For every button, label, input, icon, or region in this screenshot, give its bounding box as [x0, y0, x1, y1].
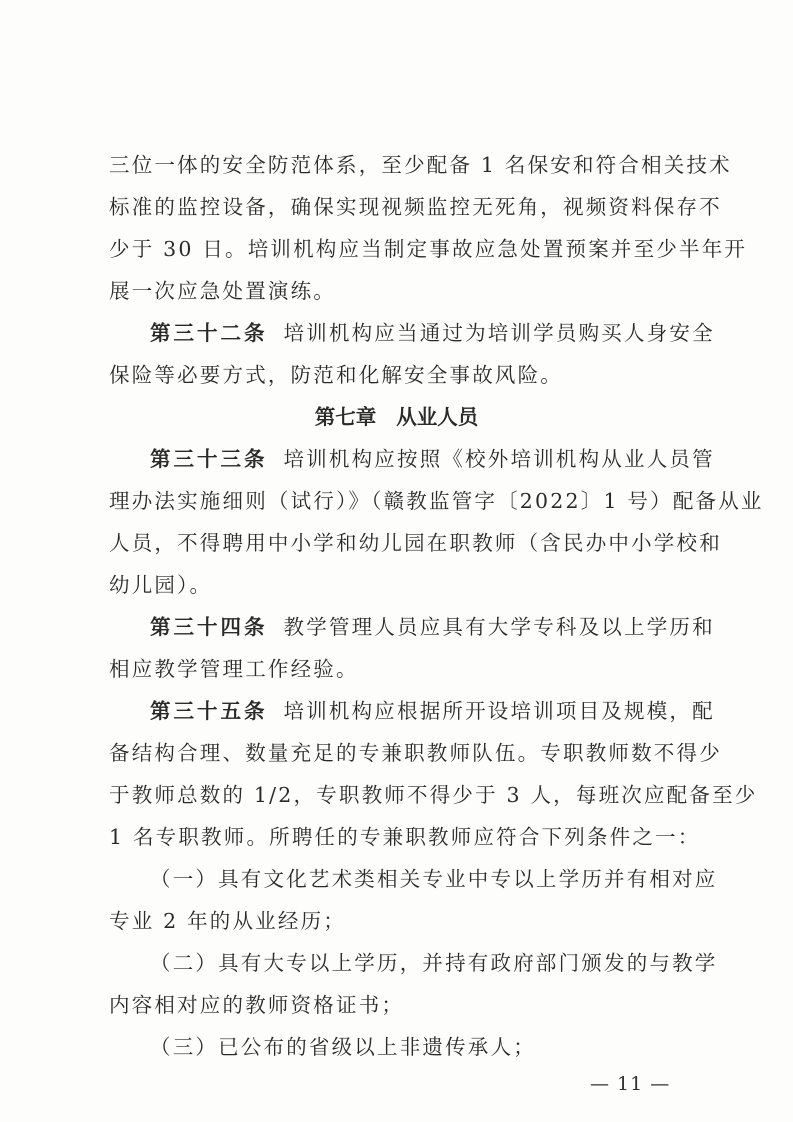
paragraph-line: 于教师总数的 1/2，专职教师不得少于 3 人，每班次应配备至少: [109, 783, 697, 807]
list-item: （二）具有大专以上学历，并持有政府部门颁发的与教学: [150, 951, 738, 975]
page-number: — 11 —: [590, 1072, 670, 1096]
article-label: 第三十三条: [150, 447, 268, 471]
paragraph-line: 人员，不得聘用中小学和幼儿园在职教师（含民办中小学校和: [109, 531, 697, 555]
article-label: 第三十四条: [150, 615, 268, 639]
paragraph-line: 理办法实施细则（试行）》（赣教监管字〔2022〕1 号）配备从业: [109, 489, 697, 513]
paragraph-line: 标准的监控设备，确保实现视频监控无死角，视频资料保存不: [109, 195, 697, 219]
paragraph-line: 三位一体的安全防范体系，至少配备 1 名保安和符合相关技术: [109, 153, 697, 177]
list-item: （一）具有文化艺术类相关专业中专以上学历并有相对应: [150, 867, 738, 891]
list-item-continuation: 内容相对应的教师资格证书；: [109, 993, 697, 1017]
paragraph-line: 少于 30 日。培训机构应当制定事故应急处置预案并至少半年开: [109, 237, 697, 261]
paragraph-line: 幼儿园）。: [109, 573, 697, 597]
article-text: 培训机构应根据所开设培训项目及规模，配: [284, 699, 715, 723]
chapter-heading: 第七章从业人员: [0, 405, 793, 429]
article-label: 第三十五条: [150, 699, 268, 723]
list-item: （三）已公布的省级以上非遗传承人；: [150, 1035, 738, 1059]
chapter-number: 第七章: [315, 405, 377, 429]
list-item-continuation: 专业 2 年的从业经历；: [109, 909, 697, 933]
paragraph-line: 相应教学管理工作经验。: [109, 657, 697, 681]
chapter-title: 从业人员: [396, 405, 478, 429]
article-text: 教学管理人员应具有大学专科及以上学历和: [284, 615, 715, 639]
paragraph-line: 展一次应急处置演练。: [109, 279, 697, 303]
article-text: 培训机构应按照《校外培训机构从业人员管: [284, 447, 715, 471]
article-35: 第三十五条培训机构应根据所开设培训项目及规模，配: [150, 699, 738, 723]
paragraph-line: 保险等必要方式，防范和化解安全事故风险。: [109, 363, 697, 387]
paragraph-line: 备结构合理、数量充足的专兼职教师队伍。专职教师数不得少: [109, 741, 697, 765]
article-text: 培训机构应当通过为培训学员购买人身安全: [284, 321, 715, 345]
article-33: 第三十三条培训机构应按照《校外培训机构从业人员管: [150, 447, 738, 471]
article-34: 第三十四条教学管理人员应具有大学专科及以上学历和: [150, 615, 738, 639]
article-label: 第三十二条: [150, 321, 268, 345]
document-page: 三位一体的安全防范体系，至少配备 1 名保安和符合相关技术 标准的监控设备，确保…: [0, 0, 793, 1122]
article-32: 第三十二条培训机构应当通过为培训学员购买人身安全: [150, 321, 738, 345]
paragraph-line: 1 名专职教师。所聘任的专兼职教师应符合下列条件之一：: [109, 825, 697, 849]
